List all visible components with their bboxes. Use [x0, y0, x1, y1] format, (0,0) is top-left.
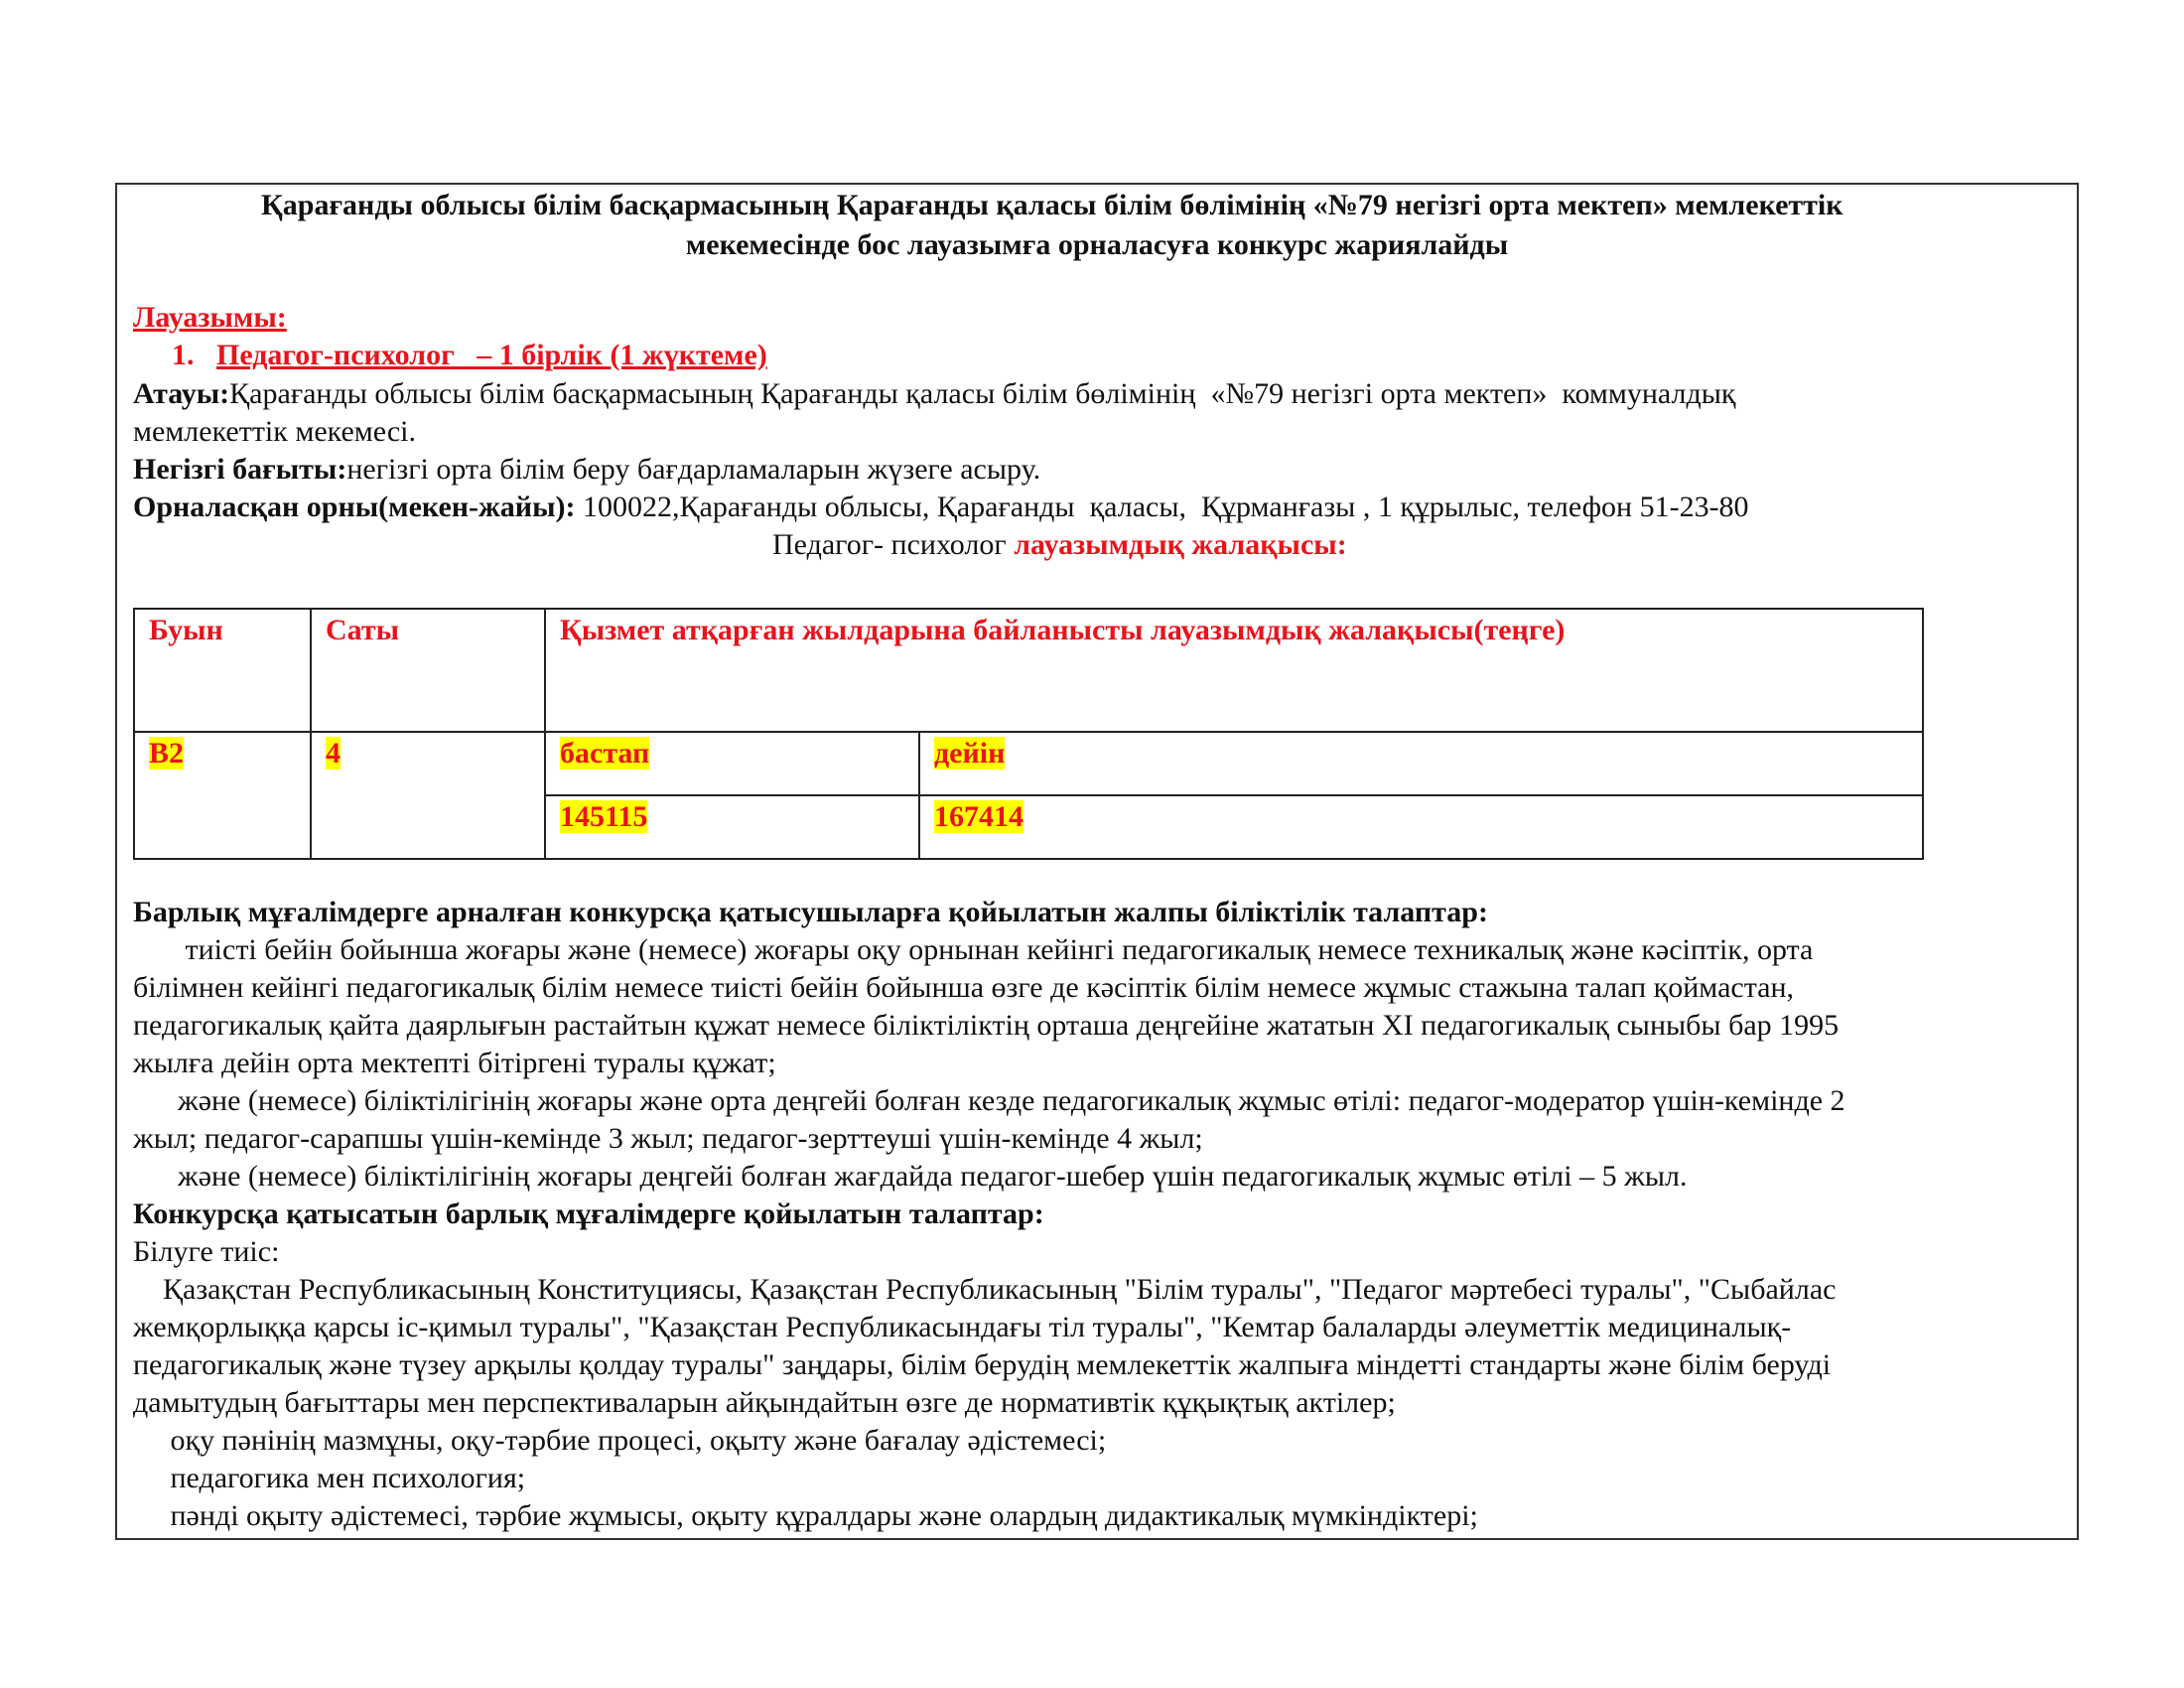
direction-row: Негізгі бағыты:негізгі орта білім беру б… — [133, 451, 1040, 489]
cell-from-label: бастап — [545, 732, 919, 795]
name-row: Атауы:Қарағанды облысы білім басқармасын… — [133, 375, 1735, 413]
teacher-req-line: педагогикалық және түзеу арқылы қолдау т… — [133, 1346, 1831, 1384]
address-row: Орналасқан орны(мекен-жайы): 100022,Қара… — [133, 489, 1749, 526]
teacher-req-line: жемқорлыққа қарсы іс-қимыл туралы", "Қаз… — [133, 1309, 1791, 1346]
salary-caption-plain: Педагог- психолог — [772, 528, 1014, 561]
cell-buyn: В2 — [134, 732, 311, 859]
general-req-line: білімнен кейінгі педагогикалық білім нем… — [133, 969, 1794, 1007]
cell-to-value: 167414 — [919, 795, 1923, 859]
header-buyn: Буын — [134, 609, 311, 732]
teacher-requirements-heading: Конкурсқа қатысатын барлық мұғалімдерге … — [133, 1196, 1044, 1233]
name-value-line-1: Қарағанды облысы білім басқармасының Қар… — [229, 377, 1735, 410]
position-item-text: Педагог-психолог – 1 бірлік (1 жүктеме) — [216, 339, 767, 371]
position-item: 1. Педагог-психолог – 1 бірлік (1 жүктем… — [172, 337, 767, 374]
cell-from-value: 145115 — [545, 795, 919, 859]
to-label: дейін — [934, 737, 1005, 770]
direction-label: Негізгі бағыты: — [133, 453, 346, 486]
name-value-line-2: мемлекеттік мекемесі. — [133, 413, 416, 451]
header-salary: Қызмет атқарған жылдарына байланысты лау… — [545, 609, 1923, 732]
table-row: В2 4 бастап дейін — [134, 732, 1923, 795]
header-saty: Саты — [311, 609, 545, 732]
teacher-req-line: дамытудың бағыттары мен перспективаларын… — [133, 1384, 1396, 1422]
teacher-req-line: Қазақстан Республикасының Конституциясы,… — [133, 1271, 1836, 1309]
cell-saty: 4 — [311, 732, 545, 859]
direction-value: негізгі орта білім беру бағдарламаларын … — [346, 453, 1040, 486]
from-label: бастап — [560, 737, 649, 770]
general-req-line: және (немесе) біліктілігінің жоғары деңг… — [133, 1158, 1687, 1196]
general-req-line: жылға дейін орта мектепті бітіргені тура… — [133, 1045, 776, 1082]
title-line-2: мекемесінде бос лауазымға орналасуға кон… — [117, 225, 2077, 265]
cell-to-label: дейін — [919, 732, 1923, 795]
general-req-line: педагогикалық қайта даярлығын растайтын … — [133, 1007, 1839, 1045]
salary-table-header: Буын Саты Қызмет атқарған жылдарына байл… — [134, 609, 1923, 732]
general-requirements-heading: Барлық мұғалімдерге арналған конкурсқа қ… — [133, 894, 1488, 931]
to-value: 167414 — [934, 800, 1024, 833]
address-value: 100022,Қарағанды облысы, Қарағанды қалас… — [576, 491, 1749, 523]
teacher-req-line: пәнді оқыту әдістемесі, тәрбие жұмысы, о… — [133, 1497, 1478, 1535]
general-req-line: және (немесе) біліктілігінің жоғары және… — [133, 1082, 1845, 1120]
address-label: Орналасқан орны(мекен-жайы): — [133, 491, 576, 523]
salary-caption: Педагог- психолог лауазымдық жалақысы: — [772, 526, 1347, 564]
title-line-1: Қарағанды облысы білім басқармасының Қар… — [261, 186, 1843, 225]
general-req-line: тиісті бейін бойынша жоғары және (немесе… — [133, 931, 1813, 969]
buyn-value: В2 — [149, 737, 184, 770]
salary-table: Буын Саты Қызмет атқарған жылдарына байл… — [133, 608, 1924, 860]
document-frame: Қарағанды облысы білім басқармасының Қар… — [115, 183, 2079, 1540]
from-value: 145115 — [560, 800, 647, 833]
salary-caption-red: лауазымдық жалақысы: — [1014, 528, 1347, 561]
position-heading: Лауазымы: — [133, 299, 287, 337]
teacher-req-line: оқу пәнінің мазмұны, оқу-тәрбие процесі,… — [133, 1422, 1106, 1460]
general-req-line: жыл; педагог-сарапшы үшін-кемінде 3 жыл;… — [133, 1120, 1203, 1158]
must-know-label: Білуге тиіс: — [133, 1233, 279, 1271]
name-label: Атауы: — [133, 377, 229, 410]
teacher-req-line: педагогика мен психология; — [133, 1460, 525, 1497]
position-item-number: 1. — [172, 339, 195, 371]
saty-value: 4 — [326, 737, 341, 770]
